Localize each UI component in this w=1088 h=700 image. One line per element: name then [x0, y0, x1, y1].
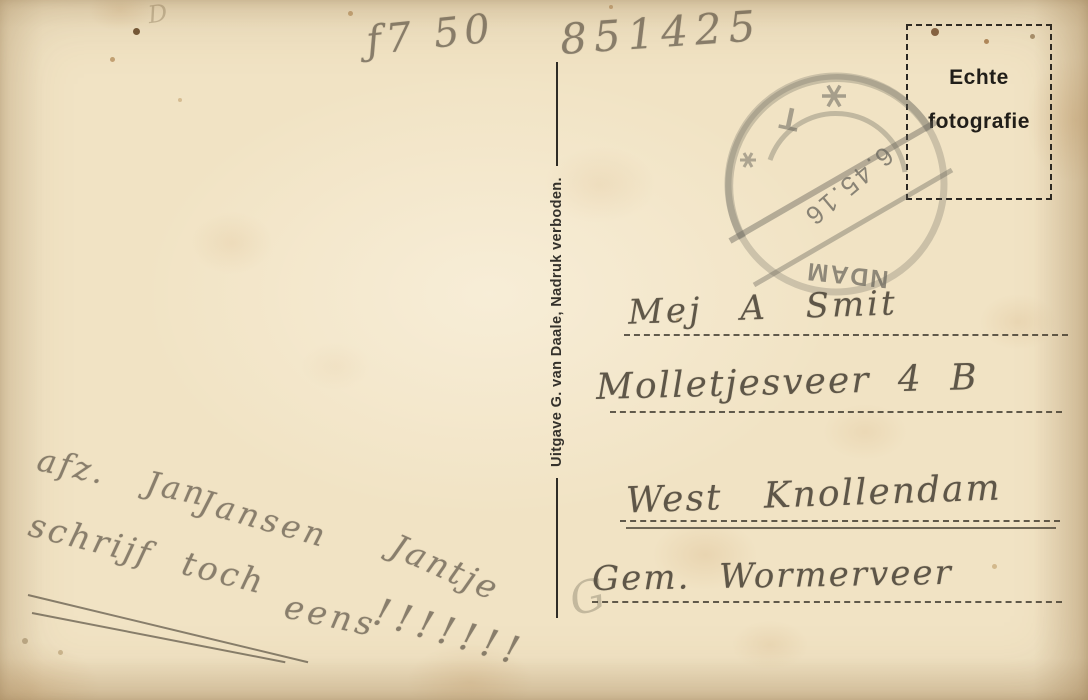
pencil-corner-mark: D [146, 0, 169, 29]
foxing-spot [133, 28, 140, 35]
foxing-spot [58, 650, 63, 655]
foxing-spot [178, 98, 182, 102]
pencil-flourish-stroke [32, 612, 286, 663]
postcard-back: D ƒ7 50 851425 G Echte fotografie Uitgav… [0, 0, 1088, 700]
postmark-letter-mark: T [776, 99, 803, 138]
publisher-imprint: Uitgave G. van Daale, Nadruk verboden. [547, 164, 567, 480]
foxing-spot [22, 638, 28, 644]
postmark-star-icon [822, 86, 846, 107]
address-underline [626, 527, 1056, 529]
pencil-inventory-number: 851425 [559, 1, 764, 64]
address-rule-4 [592, 601, 1062, 603]
address-rule-2 [610, 411, 1062, 413]
foxing-spot [348, 11, 353, 16]
divider-rule-top [556, 62, 558, 166]
divider-rule-bottom [556, 478, 558, 618]
foxing-spot [992, 564, 997, 569]
postmark-time-date: 6.45.16 [798, 141, 900, 233]
sender-note-message-2: eens [281, 587, 380, 645]
sender-note-name: Jansen [195, 482, 333, 555]
address-rule-3 [620, 520, 1060, 522]
foxing-spot [609, 5, 613, 9]
sender-note-exclamations: !!!!!!! [369, 589, 531, 674]
pencil-flourish-stroke [28, 594, 309, 663]
address-town: West Knollendam [625, 467, 1002, 521]
sender-note-afz: afz. Jan [34, 440, 211, 513]
foxing-spot [110, 57, 115, 62]
postmark-star-icon [740, 153, 756, 167]
postmark-stamp-icon: T 6.45.16 NDAM [710, 56, 962, 308]
address-street: Molletjesveer 4 B [596, 357, 980, 408]
address-name: Mej A Smit [627, 283, 898, 332]
pencil-price-mark: ƒ7 50 [364, 5, 497, 64]
address-rule-1 [624, 334, 1068, 336]
address-municipality: Gem. Wormerveer [592, 553, 953, 599]
